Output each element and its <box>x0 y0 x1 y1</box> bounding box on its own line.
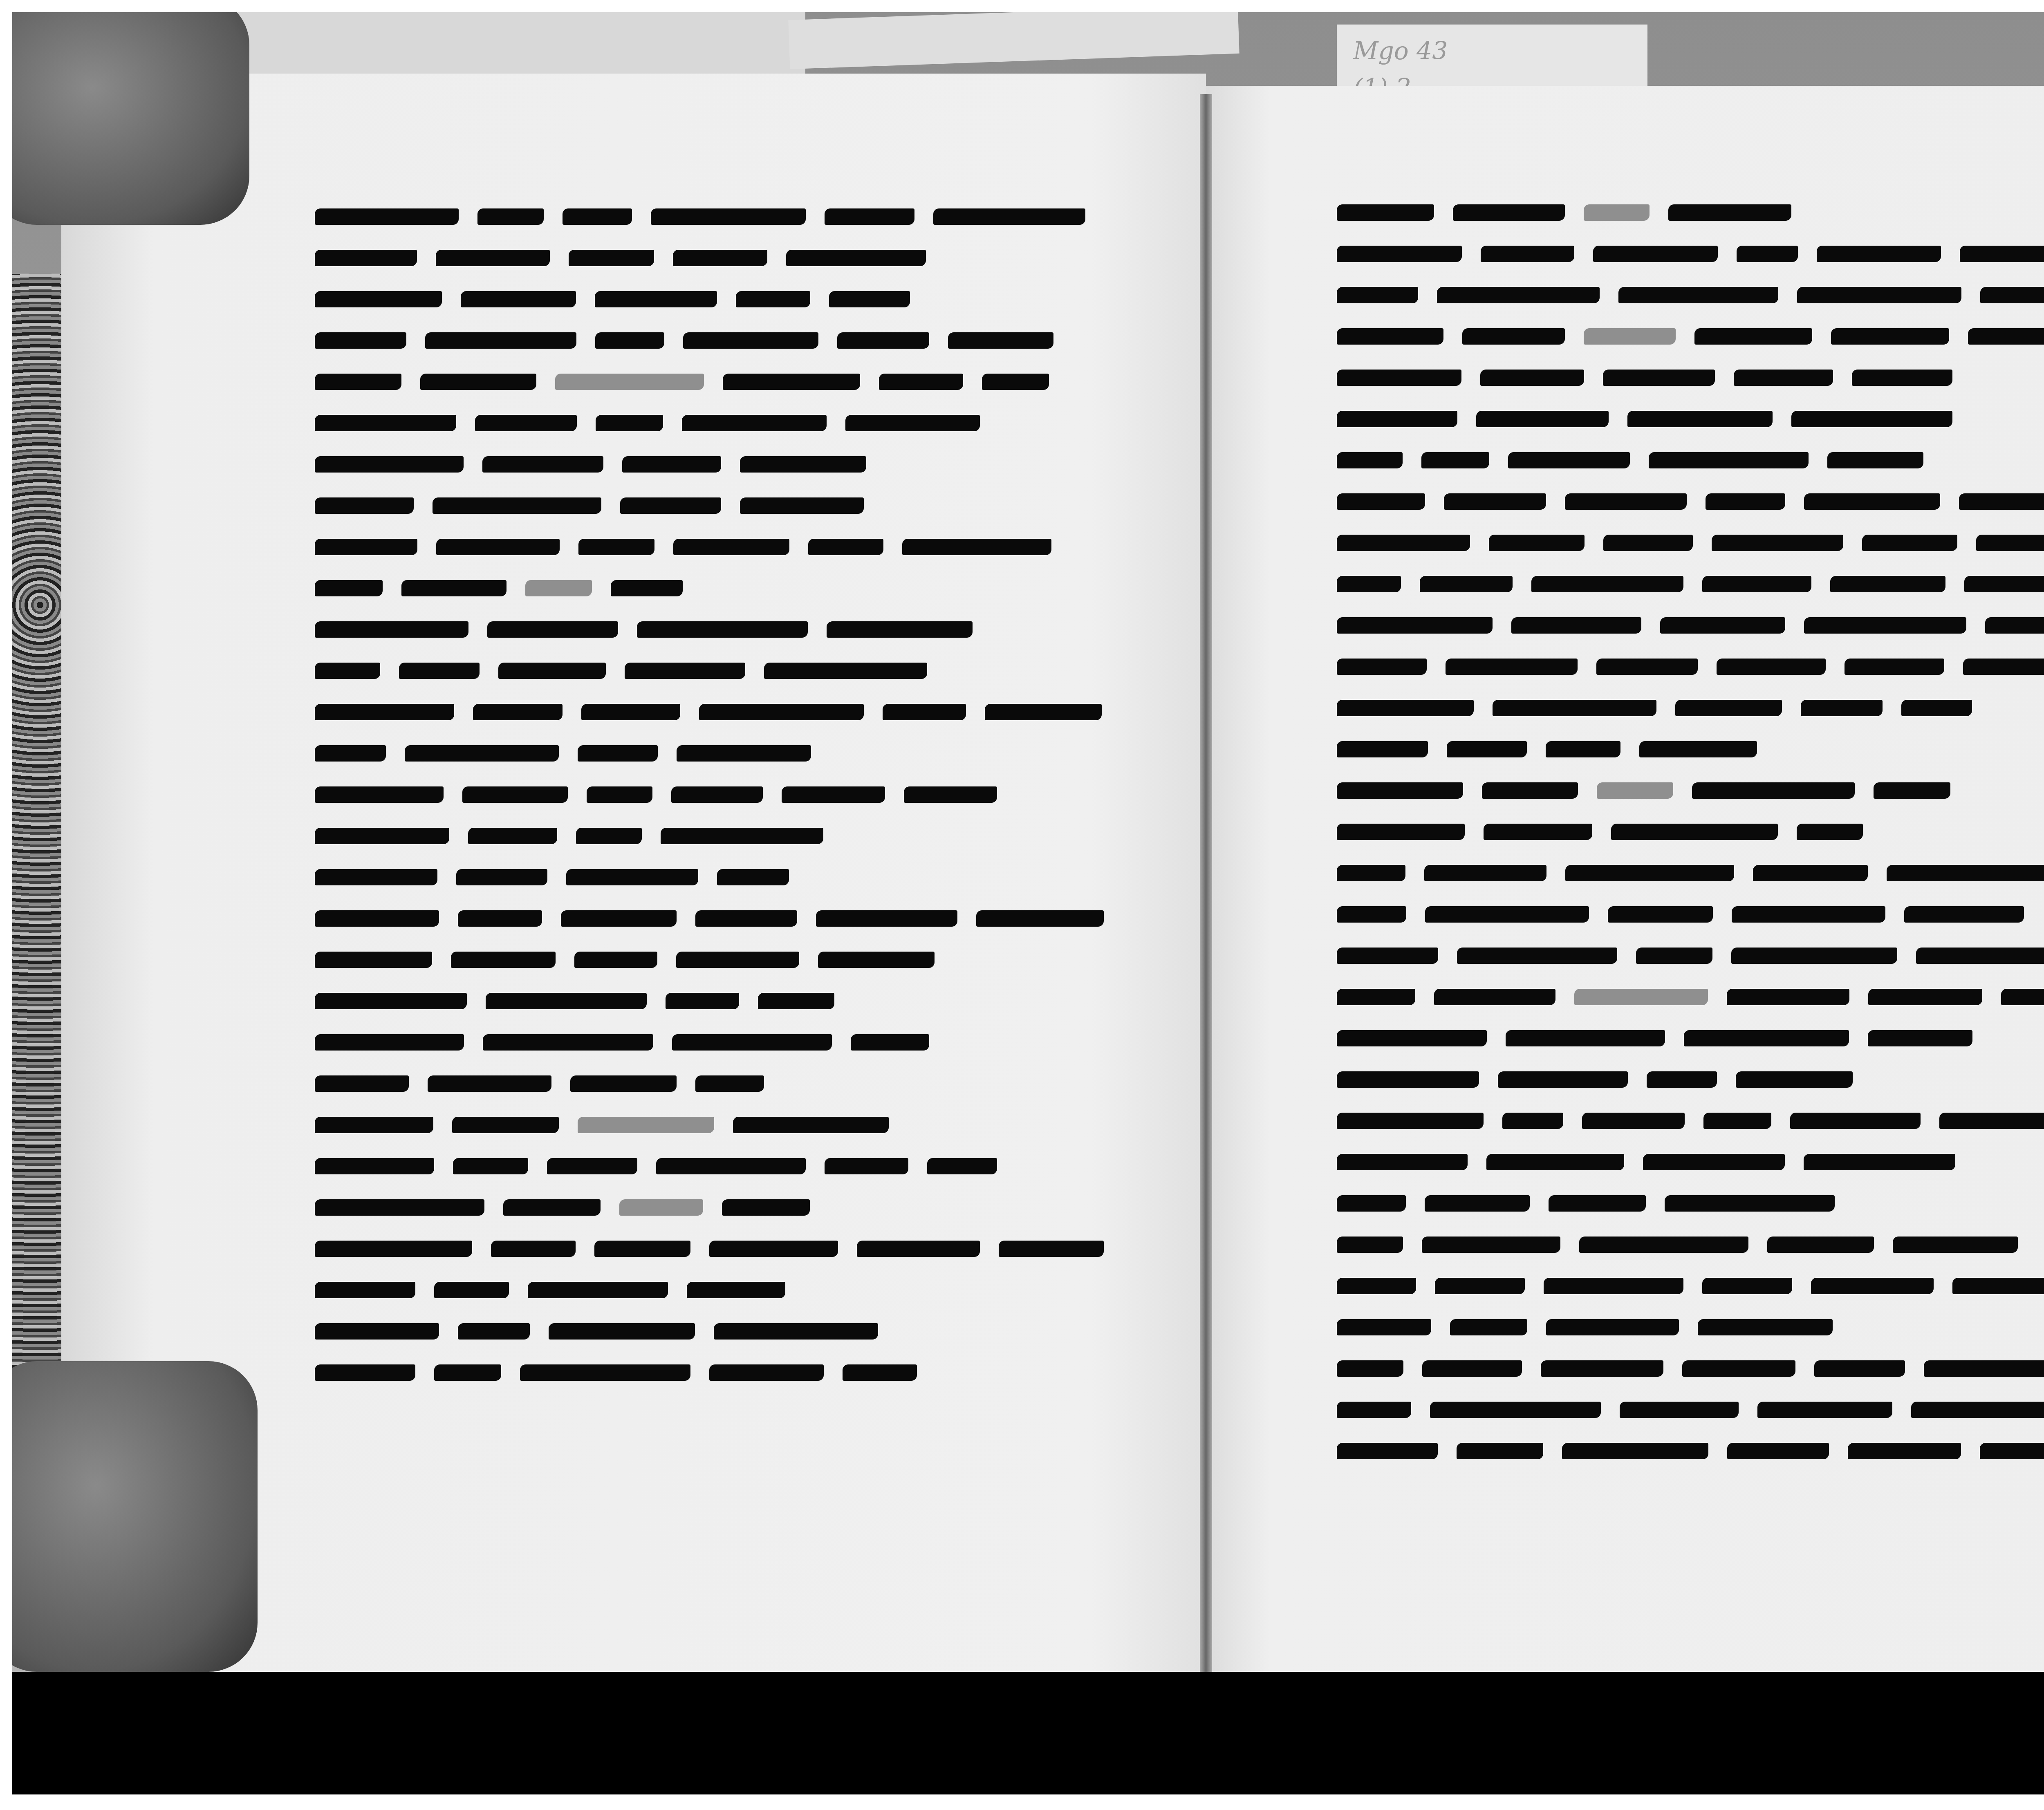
manuscript-word <box>1845 659 1945 675</box>
manuscript-word <box>561 910 677 927</box>
manuscript-word <box>315 1158 434 1174</box>
manuscript-word <box>904 786 997 803</box>
manuscript-word <box>1804 493 1941 510</box>
manuscript-word <box>1939 1113 2044 1129</box>
manuscript-word <box>1337 493 1425 510</box>
manuscript-line <box>315 1323 1104 1341</box>
manuscript-word <box>1706 493 1785 510</box>
manuscript-line <box>315 704 1104 722</box>
manuscript-word <box>1546 741 1620 757</box>
manuscript-word <box>594 1241 690 1257</box>
manuscript-line <box>1337 1154 2044 1172</box>
manuscript-word <box>1804 1154 1955 1170</box>
manuscript-word <box>315 1075 409 1092</box>
manuscript-word <box>733 1117 889 1133</box>
manuscript-word <box>578 539 654 555</box>
manuscript-word <box>1337 328 1443 345</box>
manuscript-word <box>1420 576 1512 592</box>
manuscript-line <box>1337 865 2044 883</box>
manuscript-word <box>458 910 542 927</box>
manuscript-word <box>1337 865 1405 881</box>
manuscript-line <box>315 828 1104 846</box>
manuscript-word <box>1980 287 2044 303</box>
manuscript-word <box>1963 659 2044 675</box>
manuscript-word <box>1337 452 1403 468</box>
manuscript-word <box>1827 452 1923 468</box>
manuscript-word <box>676 952 799 968</box>
manuscript-word <box>595 332 664 349</box>
manuscript-word <box>687 1282 785 1298</box>
manuscript-word <box>1450 1319 1527 1335</box>
manuscript-word <box>315 291 442 307</box>
manuscript-word <box>1506 1030 1665 1046</box>
manuscript-word <box>315 993 467 1009</box>
manuscript-word <box>315 250 417 266</box>
manuscript-word <box>709 1364 824 1381</box>
manuscript-word <box>487 621 618 638</box>
manuscript-word <box>1757 1402 1892 1418</box>
manuscript-word <box>1684 1030 1849 1046</box>
manuscript-word <box>581 704 680 720</box>
manuscript-word <box>1660 617 1785 634</box>
manuscript-word <box>1337 617 1493 634</box>
manuscript-line <box>315 332 1104 350</box>
manuscript-word <box>1952 1278 2044 1294</box>
manuscript-word <box>574 952 657 968</box>
manuscript-word <box>816 910 957 927</box>
manuscript-word <box>483 1034 653 1051</box>
manuscript-word <box>315 580 383 596</box>
manuscript-line <box>1337 452 2044 470</box>
manuscript-word <box>740 456 866 473</box>
manuscript-word <box>563 208 632 225</box>
manuscript-word <box>1643 1154 1785 1170</box>
manuscript-word <box>1801 700 1883 716</box>
manuscript-word <box>1430 1402 1601 1418</box>
manuscript-word <box>1337 659 1427 675</box>
manuscript-word <box>1727 989 1849 1005</box>
manuscript-word <box>637 621 808 638</box>
manuscript-word <box>1462 328 1565 345</box>
manuscript-word <box>1960 246 2044 262</box>
manuscript-word <box>1647 1071 1717 1088</box>
manuscript-word <box>1734 370 1833 386</box>
manuscript-word <box>682 415 827 431</box>
manuscript-word <box>625 663 745 679</box>
manuscript-word <box>503 1199 601 1216</box>
manuscript-word <box>1502 1113 1563 1129</box>
manuscript-word <box>1434 989 1555 1005</box>
manuscript-line <box>1337 1443 2044 1461</box>
manuscript-word <box>1476 411 1609 427</box>
manuscript-word <box>1337 948 1438 964</box>
manuscript-word <box>985 704 1102 720</box>
manuscript-word <box>1337 287 1418 303</box>
manuscript-word <box>1481 246 1574 262</box>
manuscript-word <box>619 1199 703 1216</box>
manuscript-line <box>315 993 1104 1011</box>
manuscript-word <box>825 1158 908 1174</box>
manuscript-word <box>1675 700 1782 716</box>
manuscript-line <box>315 1282 1104 1300</box>
manuscript-word <box>315 332 406 349</box>
manuscript-word <box>436 539 560 555</box>
manuscript-line <box>315 1158 1104 1176</box>
manuscript-line <box>1337 1278 2044 1296</box>
manuscript-word <box>695 910 797 927</box>
manuscript-line <box>1337 1402 2044 1420</box>
manuscript-word <box>1425 1195 1530 1212</box>
manuscript-word <box>1924 1360 2044 1377</box>
manuscript-word <box>1694 328 1812 345</box>
manuscript-word <box>425 332 576 349</box>
manuscript-word <box>723 374 860 390</box>
manuscript-word <box>1797 824 1863 840</box>
manuscript-word <box>434 1282 509 1298</box>
manuscript-word <box>315 745 386 762</box>
manuscript-word <box>436 250 550 266</box>
manuscript-word <box>1593 246 1717 262</box>
manuscript-word <box>1904 906 2024 923</box>
manuscript-word <box>883 704 966 720</box>
manuscript-word <box>578 1117 714 1133</box>
manuscript-word <box>948 332 1053 349</box>
manuscript-word <box>1422 1237 1560 1253</box>
manuscript-word <box>1797 287 1961 303</box>
manuscript-word <box>315 374 401 390</box>
manuscript-word <box>1437 287 1600 303</box>
manuscript-line <box>1337 700 2044 718</box>
manuscript-word <box>1968 328 2044 345</box>
manuscript-word <box>717 869 789 885</box>
manuscript-word <box>595 291 717 307</box>
manuscript-word <box>1692 782 1855 799</box>
manuscript-word <box>468 828 557 844</box>
manuscript-word <box>879 374 963 390</box>
manuscript-word <box>1498 1071 1628 1088</box>
manuscript-word <box>1608 906 1713 923</box>
manuscript-line <box>1337 1360 2044 1378</box>
manuscript-word <box>456 869 547 885</box>
manuscript-word <box>1597 782 1673 799</box>
manuscript-word <box>315 415 456 431</box>
manuscript-line <box>315 1075 1104 1093</box>
manuscript-word <box>1549 1195 1646 1212</box>
manuscript-word <box>1482 782 1578 799</box>
shelfmark-line-1: Mgo 43 <box>1353 33 1631 69</box>
manuscript-word <box>458 1323 530 1340</box>
manuscript-word <box>315 786 444 803</box>
manuscript-word <box>1636 948 1712 964</box>
manuscript-line <box>1337 1113 2044 1131</box>
manuscript-word <box>673 250 767 266</box>
manuscript-word <box>525 580 592 596</box>
manuscript-word <box>1731 948 1897 964</box>
manuscript-word <box>1541 1360 1663 1377</box>
manuscript-line <box>315 910 1104 928</box>
manuscript-line <box>1337 535 2044 553</box>
hand-bottom-left <box>12 1361 258 1672</box>
manuscript-word <box>1790 1113 1921 1129</box>
manuscript-word <box>699 704 864 720</box>
manuscript-word <box>666 993 739 1009</box>
manuscript-word <box>547 1158 637 1174</box>
manuscript-word <box>1620 1402 1739 1418</box>
manuscript-word <box>1579 1237 1748 1253</box>
manuscript-word <box>1422 1360 1522 1377</box>
manuscript-line <box>1337 948 2044 965</box>
manuscript-word <box>1337 1030 1487 1046</box>
manuscript-line <box>315 580 1104 598</box>
manuscript-word <box>1337 411 1457 427</box>
manuscript-line <box>1337 741 2044 759</box>
manuscript-word <box>1901 700 1972 716</box>
manuscript-word <box>1874 782 1950 799</box>
manuscript-word <box>1649 452 1809 468</box>
manuscript-word <box>611 580 683 596</box>
manuscript-line <box>315 786 1104 804</box>
manuscript-word <box>1627 411 1773 427</box>
manuscript-word <box>462 786 568 803</box>
manuscript-word <box>1603 535 1693 551</box>
manuscript-word <box>576 828 642 844</box>
manuscript-line <box>1337 1195 2044 1213</box>
manuscript-word <box>315 828 449 844</box>
manuscript-word <box>1618 287 1778 303</box>
manuscript-word <box>829 291 910 307</box>
manuscript-word <box>451 952 556 968</box>
manuscript-line <box>1337 1319 2044 1337</box>
manuscript-word <box>433 497 601 514</box>
manuscript-word <box>1508 452 1630 468</box>
manuscript-word <box>857 1241 980 1257</box>
manuscript-word <box>722 1199 810 1216</box>
manuscript-word <box>672 1034 832 1051</box>
manuscript-line <box>1337 824 2044 842</box>
manuscript-word <box>845 415 980 431</box>
manuscript-line <box>315 250 1104 268</box>
black-border <box>12 1672 2044 1794</box>
manuscript-line <box>315 1034 1104 1052</box>
manuscript-word <box>1435 1278 1524 1294</box>
manuscript-word <box>1337 1443 1438 1459</box>
manuscript-word <box>673 539 789 555</box>
manuscript-word <box>1584 328 1676 345</box>
manuscript-line <box>315 497 1104 515</box>
manuscript-word <box>902 539 1051 555</box>
manuscript-word <box>1702 576 1811 592</box>
manuscript-word <box>587 786 652 803</box>
manuscript-word <box>1817 246 1941 262</box>
manuscript-word <box>1862 535 1957 551</box>
manuscript-word <box>475 415 577 431</box>
manuscript-word <box>1337 1278 1416 1294</box>
manuscript-word <box>491 1241 576 1257</box>
manuscript-word <box>315 497 414 514</box>
manuscript-word <box>1848 1443 1961 1459</box>
manuscript-word <box>315 1282 415 1298</box>
manuscript-word <box>740 497 864 514</box>
manuscript-word <box>1447 741 1527 757</box>
manuscript-word <box>851 1034 929 1051</box>
manuscript-word <box>1544 1278 1684 1294</box>
manuscript-line <box>1337 989 2044 1007</box>
manuscript-word <box>401 580 507 596</box>
manuscript-word <box>1337 782 1463 799</box>
manuscript-word <box>1337 1154 1468 1170</box>
manuscript-word <box>1337 741 1428 757</box>
manuscript-word <box>1562 1443 1708 1459</box>
manuscript-word <box>566 869 698 885</box>
manuscript-word <box>1493 700 1656 716</box>
manuscript-word <box>825 208 914 225</box>
manuscript-word <box>1698 1319 1833 1335</box>
manuscript-word <box>315 869 437 885</box>
manuscript-line <box>1337 493 2044 511</box>
manuscript-word <box>1337 246 1462 262</box>
manuscript-word <box>843 1364 917 1381</box>
manuscript-word <box>1831 328 1949 345</box>
manuscript-word <box>1337 1402 1411 1418</box>
manuscript-word <box>555 374 704 390</box>
manuscript-word <box>1546 1319 1679 1335</box>
manuscript-word <box>1337 989 1415 1005</box>
manuscript-word <box>434 1364 501 1381</box>
manuscript-word <box>315 1034 464 1051</box>
manuscript-word <box>1421 452 1489 468</box>
manuscript-word <box>1489 535 1585 551</box>
manuscript-word <box>486 993 647 1009</box>
manuscript-word <box>1736 1071 1853 1088</box>
manuscript-word <box>1611 824 1778 840</box>
manuscript-word <box>1976 535 2044 551</box>
manuscript-word <box>1337 1360 1403 1377</box>
manuscript-word <box>1868 1030 1972 1046</box>
manuscript-word <box>1980 1443 2044 1459</box>
manuscript-word <box>1868 989 1982 1005</box>
manuscript-word <box>1584 204 1650 221</box>
manuscript-line <box>315 291 1104 309</box>
manuscript-word <box>1337 1195 1406 1212</box>
manuscript-word <box>1337 1113 1484 1129</box>
manuscript-word <box>1337 824 1465 840</box>
manuscript-line <box>1337 328 2044 346</box>
manuscript-word <box>651 208 806 225</box>
manuscript-line <box>315 456 1104 474</box>
manuscript-word <box>677 745 811 762</box>
manuscript-word <box>999 1241 1104 1257</box>
manuscript-line <box>315 952 1104 970</box>
manuscript-line <box>1337 204 2044 222</box>
manuscript-word <box>1814 1360 1905 1377</box>
manuscript-word <box>933 208 1085 225</box>
manuscript-word <box>596 415 663 431</box>
manuscript-word <box>837 332 929 349</box>
manuscript-line <box>1337 659 2044 677</box>
manuscript-word <box>528 1282 668 1298</box>
manuscript-word <box>1985 617 2044 634</box>
manuscript-word <box>498 663 606 679</box>
manuscript-word <box>1457 948 1617 964</box>
right-text-block <box>1337 204 2044 1484</box>
manuscript-word <box>1732 906 1885 923</box>
manuscript-word <box>714 1323 878 1340</box>
manuscript-word <box>1852 370 1952 386</box>
manuscript-word <box>1444 493 1546 510</box>
manuscript-line <box>315 1364 1104 1382</box>
book-gutter <box>1200 94 1212 1680</box>
manuscript-line <box>315 374 1104 392</box>
manuscript-line <box>315 208 1104 226</box>
manuscript-line <box>315 539 1104 557</box>
manuscript-word <box>1682 1360 1795 1377</box>
manuscript-line <box>315 1199 1104 1217</box>
manuscript-word <box>1893 1237 2018 1253</box>
manuscript-line <box>315 1117 1104 1135</box>
manuscript-word <box>1639 741 1757 757</box>
manuscript-word <box>764 663 927 679</box>
manuscript-word <box>315 1323 439 1340</box>
manuscript-word <box>1703 1113 1772 1129</box>
manuscript-word <box>927 1158 997 1174</box>
manuscript-word <box>1446 659 1578 675</box>
manuscript-word <box>736 291 810 307</box>
manuscript-word <box>1811 1278 1934 1294</box>
manuscript-word <box>315 1364 415 1381</box>
manuscript-word <box>1337 1319 1431 1335</box>
manuscript-photo: Mgo 43 (1) 2 ܟܐ <box>12 12 2044 1794</box>
manuscript-line <box>315 415 1104 433</box>
hand-top-left <box>12 12 249 225</box>
manuscript-word <box>477 208 544 225</box>
manuscript-word <box>1603 370 1715 386</box>
manuscript-word <box>315 1199 484 1216</box>
manuscript-line <box>1337 246 2044 264</box>
manuscript-line <box>1337 782 2044 800</box>
manuscript-line <box>315 663 1104 681</box>
manuscript-word <box>808 539 883 555</box>
manuscript-word <box>1337 370 1461 386</box>
manuscript-word <box>1804 617 1966 634</box>
manuscript-word <box>695 1075 764 1092</box>
manuscript-word <box>578 745 658 762</box>
manuscript-line <box>1337 617 2044 635</box>
manuscript-line <box>1337 287 2044 305</box>
manuscript-word <box>786 250 926 266</box>
manuscript-word <box>315 456 464 473</box>
right-page <box>1206 86 2044 1680</box>
manuscript-word <box>982 374 1049 390</box>
manuscript-word <box>1717 659 1826 675</box>
manuscript-word <box>1582 1113 1685 1129</box>
manuscript-word <box>452 1117 559 1133</box>
manuscript-word <box>315 539 417 555</box>
left-text-block <box>315 208 1104 1406</box>
manuscript-word <box>473 704 563 720</box>
manuscript-word <box>1486 1154 1624 1170</box>
manuscript-line <box>315 745 1104 763</box>
manuscript-line <box>1337 1237 2044 1254</box>
manuscript-word <box>1830 576 1946 592</box>
manuscript-word <box>1574 989 1708 1005</box>
manuscript-line <box>315 1241 1104 1259</box>
manuscript-word <box>569 250 654 266</box>
manuscript-word <box>1337 204 1434 221</box>
manuscript-word <box>461 291 576 307</box>
manuscript-word <box>1596 659 1698 675</box>
manuscript-word <box>405 745 559 762</box>
manuscript-word <box>315 704 454 720</box>
